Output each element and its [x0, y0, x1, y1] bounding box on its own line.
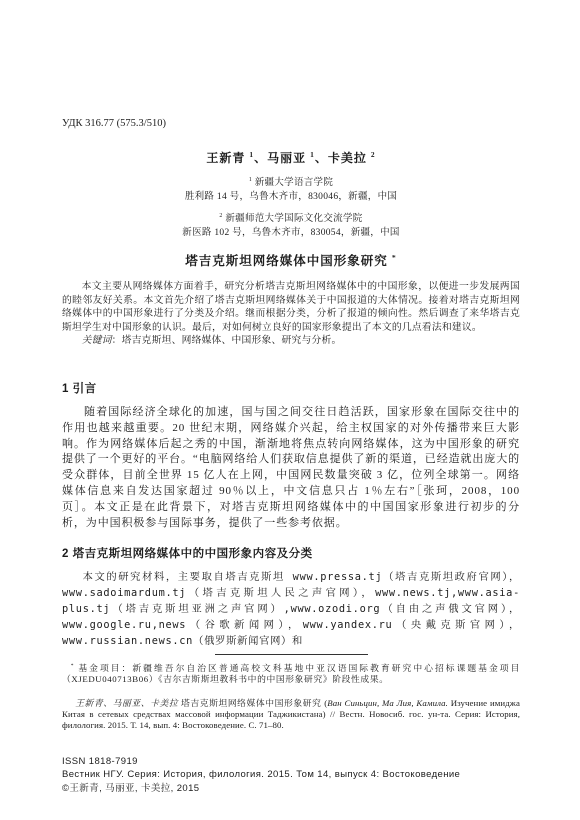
paper-title: 塔吉克斯坦网络媒体中国形象研究 *: [62, 251, 520, 269]
affiliation-2-institution: 2 新疆师范大学国际文化交流学院: [62, 213, 520, 227]
udk-code: УДК 316.77 (575.3/510): [62, 118, 520, 129]
journal-footer: ISSN 1818-7919 Вестник НГУ. Серия: Истор…: [62, 755, 520, 796]
affiliation-1-institution: 1 新疆大学语言学院: [62, 177, 520, 191]
paper-page: УДК 316.77 (575.3/510) 王新青 1、马丽亚 1、卡美拉 2…: [0, 0, 580, 820]
abstract-block: 本文主要从网络媒体方面着手，研究分析塔吉克斯坦网络媒体中的中国形象，以便进一步发…: [62, 280, 520, 348]
affiliation-2: 2 新疆师范大学国际文化交流学院 新医路 102 号，乌鲁木齐市，830054，…: [62, 213, 520, 240]
funding-footnote: * 基金项目：新疆维吾尔自治区普通高校文科基地中亚汉语国际教育研究中心招标课题基…: [62, 663, 520, 684]
affiliation-2-address: 新医路 102 号，乌鲁木齐市，830054，新疆，中国: [62, 227, 520, 241]
copyright-line: ©王新青, 马丽亚, 卡美拉, 2015: [62, 782, 520, 796]
affiliation-1-address: 胜利路 14 号，乌鲁木齐市，830046，新疆，中国: [62, 191, 520, 205]
affiliation-1: 1 新疆大学语言学院 胜利路 14 号，乌鲁木齐市，830046，新疆，中国: [62, 177, 520, 204]
issn-line: ISSN 1818-7919: [62, 755, 520, 769]
authors-line: 王新青 1、马丽亚 1、卡美拉 2: [62, 149, 520, 166]
section-1-paragraph: 随着国际经济全球化的加速，国与国之间交往日趋活跃，国家形象在国际交往中的作用也越…: [62, 405, 520, 531]
section-2-paragraph: 本文的研究材料，主要取自塔吉克斯坦 www.pressa.tj（塔吉克斯坦政府官…: [62, 570, 520, 649]
footnote-divider: [215, 654, 368, 655]
section-2-heading: 2 塔吉克斯坦网络媒体中的中国形象内容及分类: [62, 545, 520, 561]
journal-line: Вестник НГУ. Серия: История, филология. …: [62, 768, 520, 782]
keywords-line: 关键词：塔吉克斯坦、网络媒体、中国形象、研究与分析。: [62, 334, 520, 348]
abstract-text: 本文主要从网络媒体方面着手，研究分析塔吉克斯坦网络媒体中的中国形象，以便进一步发…: [62, 280, 520, 334]
section-1-heading: 1 引言: [62, 380, 520, 396]
citation-reference: 王新青、马丽亚、卡美拉 塔吉克斯坦网络媒体中国形象研究 (Ван Синьцин…: [62, 698, 520, 731]
